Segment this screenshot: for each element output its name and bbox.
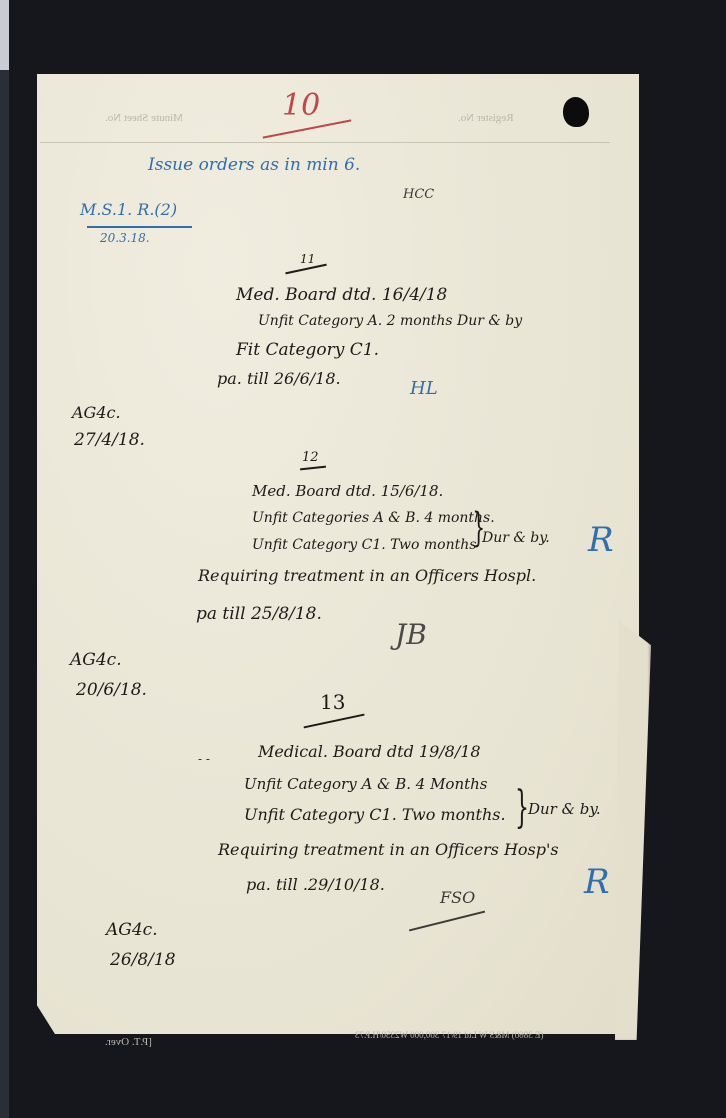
minute-10-initials: HCC bbox=[403, 187, 434, 202]
minute-11-initials: HL bbox=[410, 378, 438, 399]
minute-13-initials: FSO bbox=[440, 888, 475, 907]
minute-12-line-2: Unfit Categories A & B. 4 months. bbox=[252, 510, 495, 526]
minute-13-line-5: pa. till .29/10/18. bbox=[246, 875, 385, 894]
header-minute-sheet-label: Minute Sheet No. bbox=[105, 112, 183, 124]
folded-page-edge bbox=[615, 620, 651, 1040]
minute-11-margin-date: 27/4/18. bbox=[74, 430, 145, 450]
minute-13-number: 13 bbox=[320, 690, 345, 714]
minute-13-line-1: Medical. Board dtd 19/8/18 bbox=[258, 742, 481, 761]
adjacent-page-edge bbox=[0, 0, 9, 1118]
minute-12-line-1: Med. Board dtd. 15/6/18. bbox=[252, 482, 443, 500]
minute-12-margin-date: 20/6/18. bbox=[76, 680, 147, 700]
minute-11-margin-ref: AG4c. bbox=[72, 403, 121, 422]
minute-13-brace-note: Dur & by. bbox=[528, 800, 601, 818]
minute-10-margin-ref: M.S.1. R.(2) bbox=[80, 200, 177, 219]
minute-13-margin-initials: R bbox=[584, 862, 610, 902]
footer-printer-code: (E 3860) M&S W Ltd 19/17 300,000 W2350/H… bbox=[355, 1030, 544, 1040]
minute-12-margin-ref: AG4c. bbox=[70, 650, 122, 670]
minute-11-line-2: Unfit Category A. 2 months Dur & by bbox=[258, 313, 522, 329]
minute-12-number: 12 bbox=[302, 450, 319, 465]
minute-11-number: 11 bbox=[300, 252, 315, 266]
punch-hole bbox=[563, 97, 589, 127]
header-rule bbox=[40, 142, 610, 143]
minute-11-line-3: Fit Category C1. bbox=[236, 340, 379, 360]
minute-13-dashes: - - bbox=[198, 752, 210, 766]
minute-13-brace: } bbox=[515, 782, 529, 833]
minute-12-line-3: Unfit Category C1. Two months bbox=[252, 537, 476, 553]
footer-pt-over: [P.T. Over. bbox=[105, 1036, 152, 1048]
minute-13-margin-ref: AG4c. bbox=[106, 920, 158, 940]
minute-12-line-5: pa till 25/8/18. bbox=[196, 604, 322, 624]
minute-13-line-2: Unfit Category A & B. 4 Months bbox=[244, 775, 488, 793]
minute-12-line-4: Requiring treatment in an Officers Hospl… bbox=[198, 566, 536, 585]
minute-10-margin-underline bbox=[87, 226, 192, 228]
minute-12-initials: JB bbox=[395, 618, 427, 651]
minute-11-line-1: Med. Board dtd. 16/4/18 bbox=[236, 285, 447, 305]
minute-13-line-3: Unfit Category C1. Two months. bbox=[244, 805, 506, 824]
minute-12-margin-initials: R bbox=[588, 520, 614, 560]
minute-10-line-1: Issue orders as in min 6. bbox=[148, 155, 360, 175]
header-register-label: Register No. bbox=[458, 112, 514, 124]
minute-13-margin-date: 26/8/18 bbox=[110, 950, 176, 970]
minute-13-line-4: Requiring treatment in an Officers Hosp'… bbox=[218, 840, 559, 859]
minute-11-line-4: pa. till 26/6/18. bbox=[217, 369, 341, 388]
sheet-number: 10 bbox=[282, 88, 320, 123]
minute-10-margin-date: 20.3.18. bbox=[100, 231, 150, 245]
minute-12-brace-note: Dur & by. bbox=[482, 530, 550, 546]
